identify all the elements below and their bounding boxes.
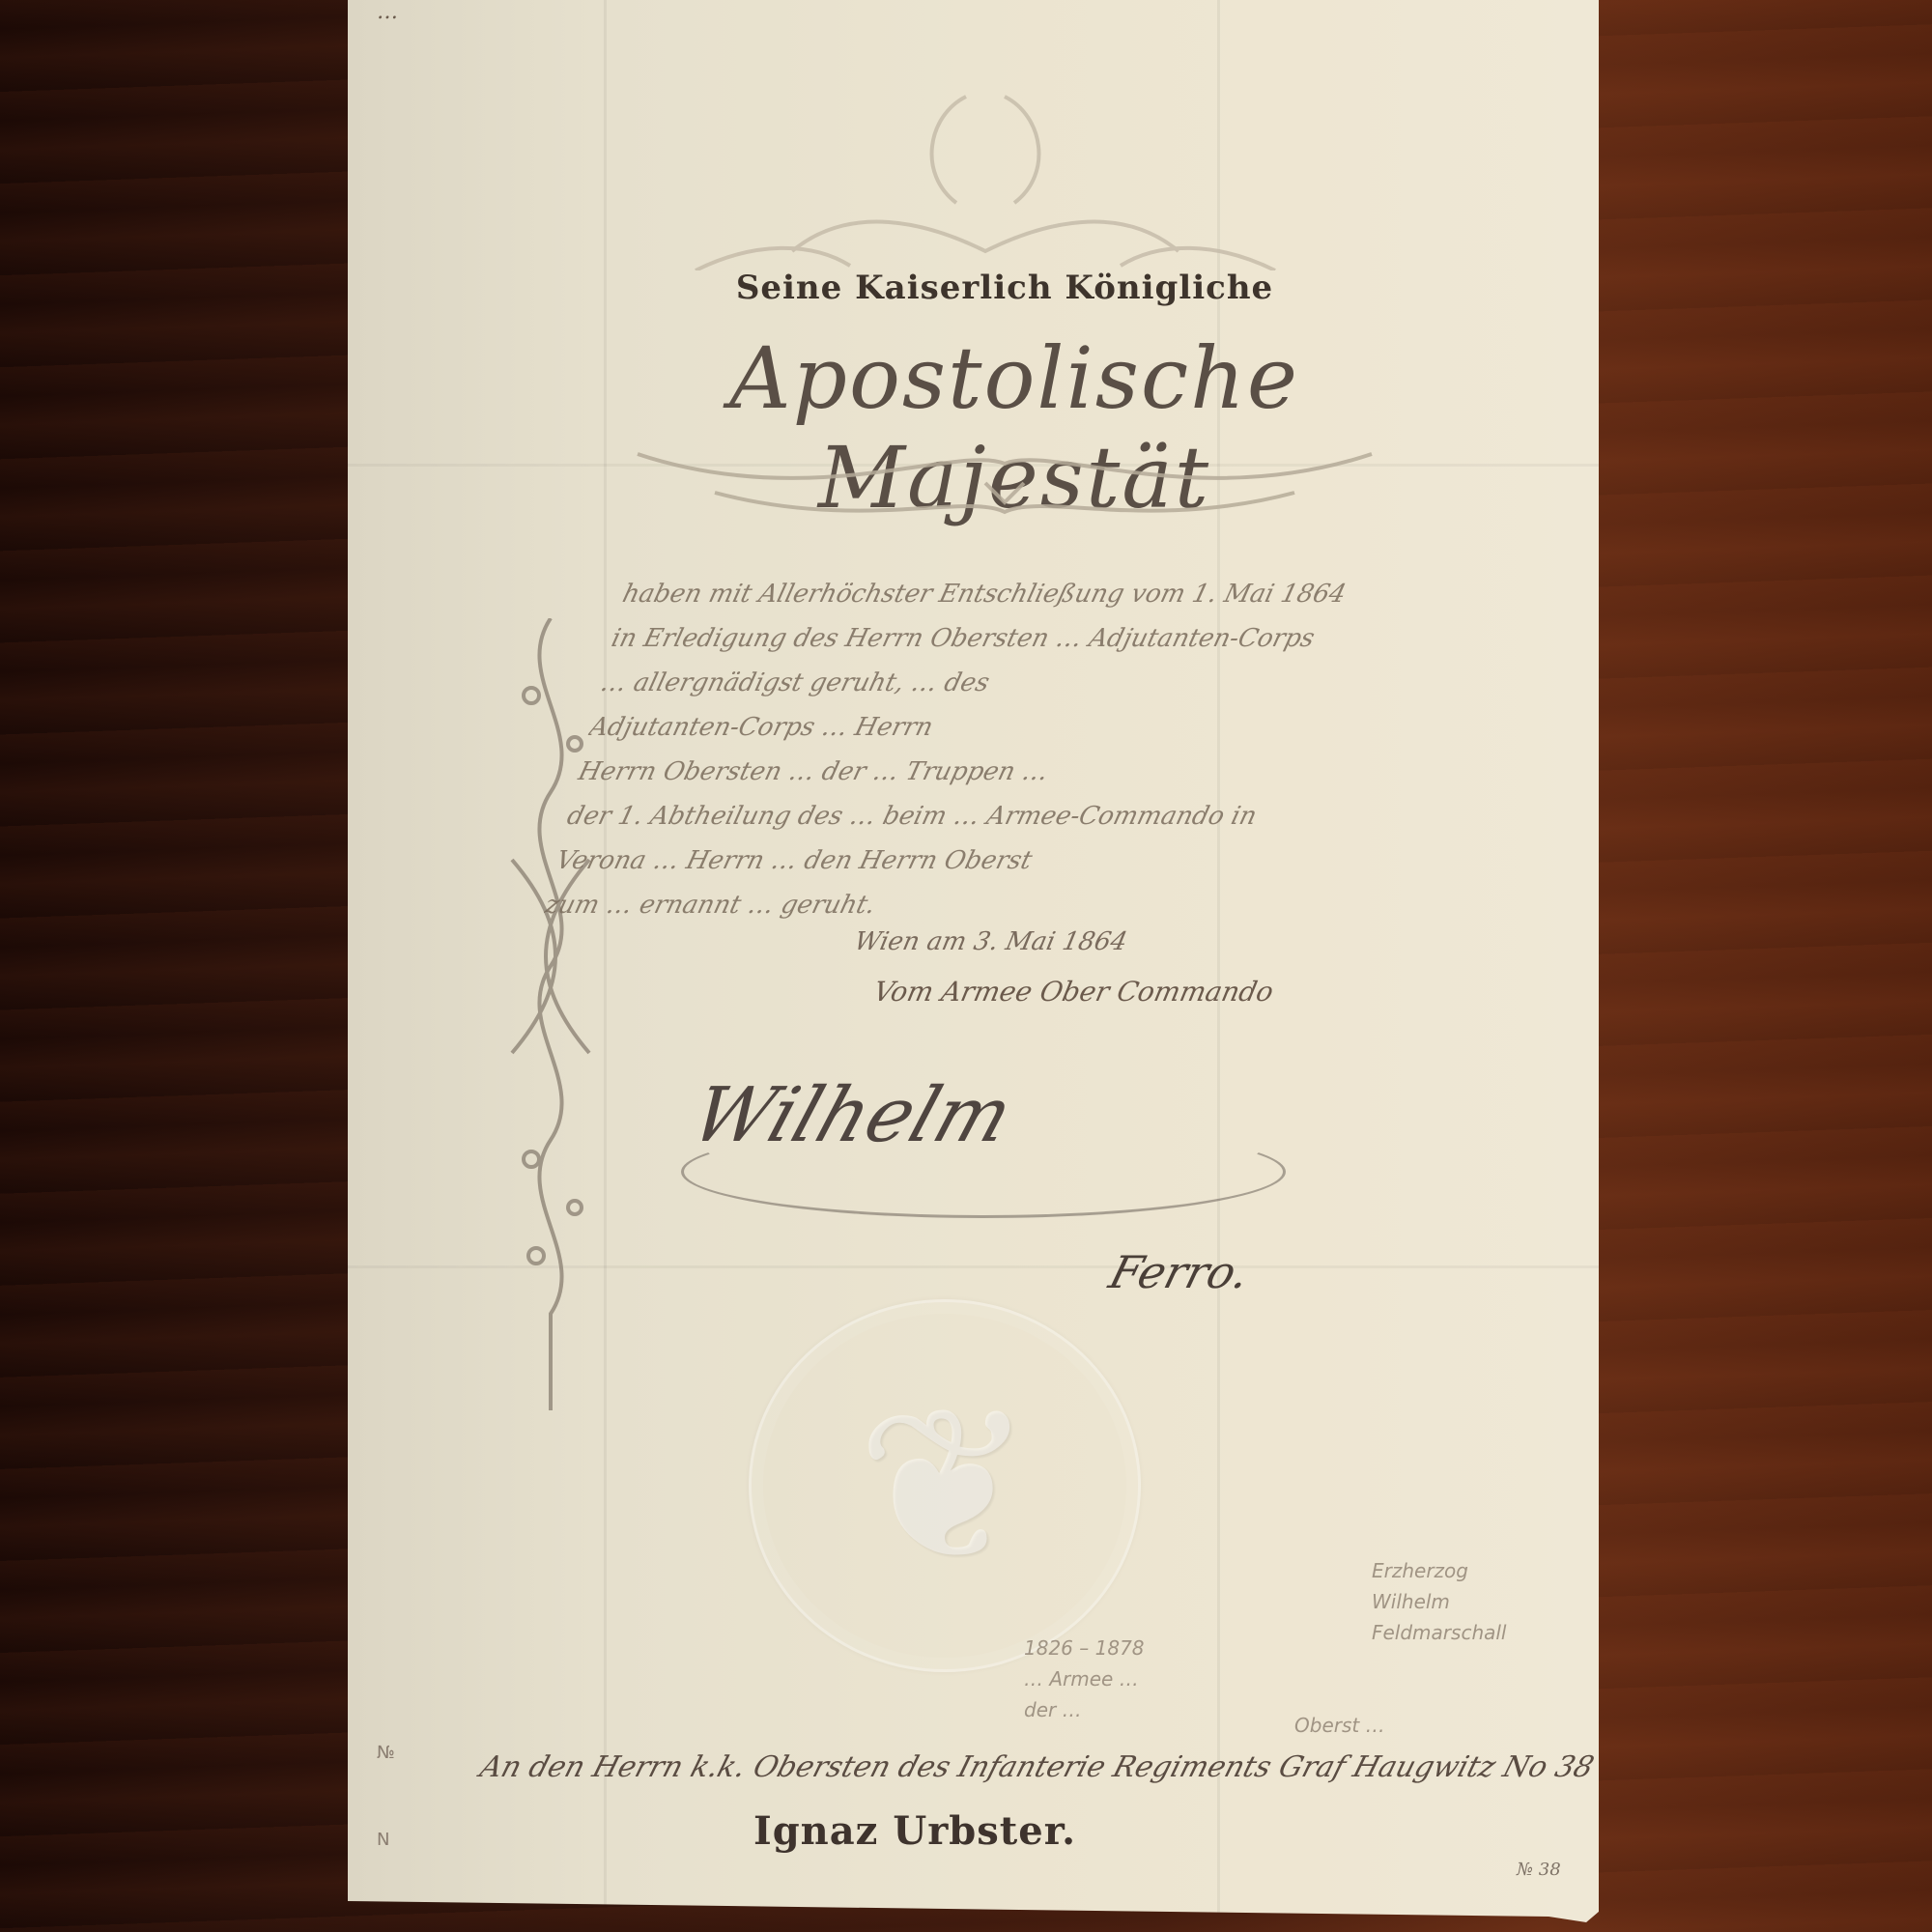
body-line: Verona … Herrn … den Herrn Oberst: [552, 838, 1586, 883]
corner-mark: N: [377, 1797, 395, 1884]
note-line: … Armee …: [1024, 1663, 1145, 1694]
pencil-note-right: Erzherzog Wilhelm Feldmarschall: [1372, 1555, 1506, 1648]
body-line: in Erledigung des Herrn Obersten … Adjut…: [607, 616, 1641, 661]
pencil-note-center: 1826 – 1878 … Armee … der …: [1024, 1633, 1145, 1725]
note-line: der …: [1024, 1694, 1145, 1725]
corner-mark: №: [377, 1710, 395, 1797]
recipient-address-line: An den Herrn k.k. Obersten des Infanteri…: [476, 1750, 1597, 1784]
heading-majesty-title: Seine Kaiserlich Königliche: [734, 269, 1275, 307]
body-line: der 1. Abtheilung des … beim … Armee-Com…: [562, 794, 1597, 838]
note-line: Erzherzog: [1372, 1555, 1506, 1586]
signature-flourish: [681, 1125, 1286, 1218]
heading-underline-flourish: [522, 425, 1488, 541]
embossed-seal: ❦: [749, 1299, 1141, 1672]
document-body: haben mit Allerhöchster Entschließung vo…: [540, 572, 1653, 927]
note-line: Wilhelm: [1372, 1586, 1506, 1617]
body-line: zum … ernannt … geruht.: [540, 883, 1575, 927]
pencil-note-bottom: Oberst …: [1294, 1710, 1385, 1741]
left-corner-marks: № N: [377, 1710, 395, 1884]
body-line: Herrn Obersten … der … Truppen …: [574, 750, 1608, 794]
date-line: Wien am 3. Mai 1864: [852, 927, 1130, 956]
recipient-name: Ignaz Urbster.: [753, 1808, 1076, 1854]
double-headed-eagle-icon: ❦: [856, 1362, 1034, 1609]
note-line: 1826 – 1878: [1024, 1633, 1145, 1663]
body-line: haben mit Allerhöchster Entschließung vo…: [617, 572, 1652, 616]
paper-tab-mark: № 38: [1517, 1860, 1561, 1880]
document-paper: … Seine Kaiserlich Königliche Apostolisc…: [348, 0, 1599, 1932]
top-corner-scribble: …: [377, 0, 398, 24]
top-flourish-ornament: [502, 58, 1468, 270]
note-line: Feldmarschall: [1372, 1617, 1506, 1648]
countersignature: Ferro.: [1104, 1246, 1256, 1298]
body-line: … allergnädigst geruht, … des: [595, 661, 1630, 705]
issuer-line: Vom Armee Ober Commando: [870, 976, 1276, 1008]
body-line: Adjutanten-Corps … Herrn: [584, 705, 1619, 750]
